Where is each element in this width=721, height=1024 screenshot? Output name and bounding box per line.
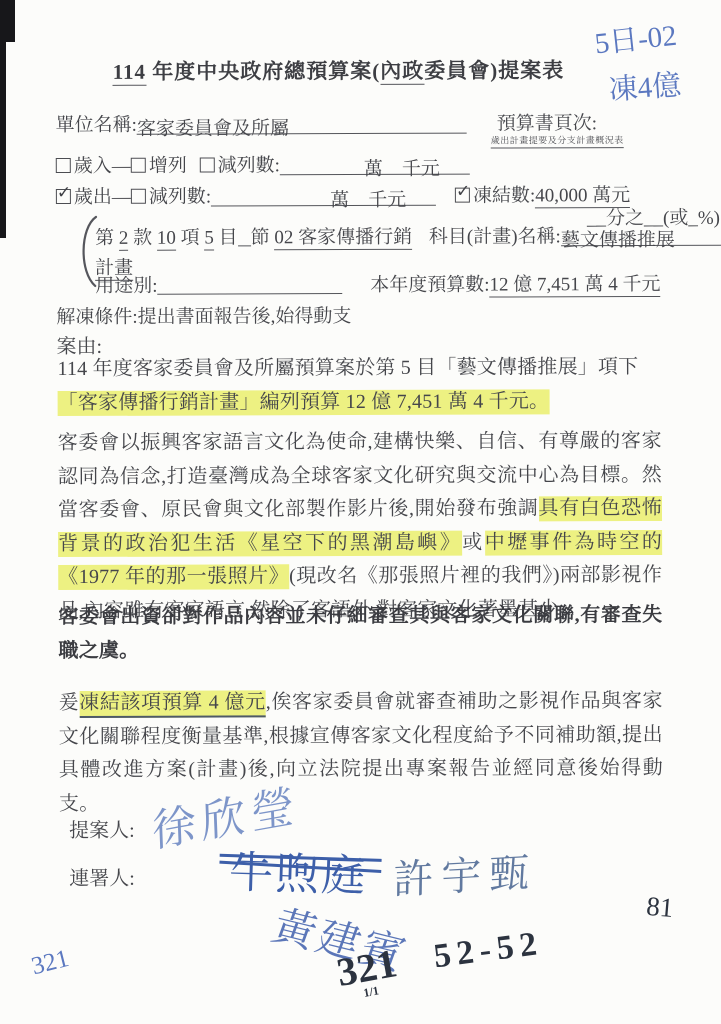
title-year: 114 bbox=[113, 60, 146, 86]
checkbox-decrease-unchecked bbox=[200, 158, 215, 173]
dash: — bbox=[112, 187, 131, 208]
case-line1: 114 年度客家委員會及所屬預算案於第 5 目「藝文傳播推展」項下 bbox=[57, 356, 638, 380]
title-committee: 內政 bbox=[380, 59, 424, 85]
item-kuan-number: 2 bbox=[119, 228, 129, 251]
annual-budget-value: 12 億 7,451 萬 4 千元 bbox=[489, 274, 660, 298]
checkbox-expense-decrease-unchecked bbox=[131, 189, 146, 204]
handwritten-bottom-right-numbers: 52-52 bbox=[432, 925, 545, 976]
document-content: 5日-02 凍4億 114 年度中央政府總預算案(內政委員會)提案表 單位名稱:… bbox=[0, 0, 721, 1024]
dash: — bbox=[112, 156, 131, 177]
item-chieh-blank bbox=[238, 228, 251, 246]
item-hsiang-number: 10 bbox=[157, 228, 176, 251]
p3-highlight-freeze-amount: 凍結該項預算 4 億元 bbox=[79, 690, 265, 718]
unit-name-label: 單位名稱: bbox=[56, 115, 137, 136]
budget-book-page-note: 歲出計畫提要及分支計畫概況表 bbox=[491, 133, 624, 148]
paragraph-criticism-bold: 客委會出資卻對作品內容並未仔細審查其與客家文化關聯,有審查失職之虞。 bbox=[58, 599, 662, 668]
paragraph-freeze-resolution: 爰凍結該項預算 4 億元,俟客家委員會就審查補助之影視作品與客家文化關聯程度衡量… bbox=[59, 685, 663, 821]
handwritten-bottom-left-number: 321 bbox=[29, 945, 72, 981]
cosigner-label-text: 連署人: bbox=[69, 868, 135, 890]
item-seg3: 項 bbox=[176, 228, 205, 249]
usage-label: 用途別: bbox=[95, 276, 157, 297]
scanned-budget-proposal-document: 5日-02 凍4億 114 年度中央政府總預算案(內政委員會)提案表 單位名稱:… bbox=[0, 0, 721, 1024]
proposer-label: 提案人: bbox=[69, 814, 135, 843]
checkbox-increase-unchecked bbox=[131, 158, 146, 173]
unit-name-value: 客家委員會及所屬 bbox=[137, 118, 289, 140]
item-seg2: 款 bbox=[128, 228, 157, 249]
expense-label: 歲出 bbox=[74, 187, 112, 208]
usage-blank-field bbox=[157, 276, 342, 295]
expense-amount-field: 萬 千元 bbox=[211, 185, 436, 207]
annual-budget-label: 本年度預算數: bbox=[370, 275, 489, 296]
unfreeze-condition-row: 解凍條件:提出書面報告後,始得動支 bbox=[56, 301, 351, 329]
title-seg1: 年度中央政府總預算案( bbox=[146, 59, 380, 84]
item-seg1: 第 bbox=[95, 228, 119, 249]
unfreeze-label: 解凍條件: bbox=[56, 307, 137, 328]
revenue-amount-units: 萬 千元 bbox=[364, 159, 440, 180]
budget-book-page-label: 預算書頁次: bbox=[497, 113, 597, 134]
expense-decrease-label: 減列數: bbox=[149, 187, 211, 208]
usage-budget-row: 用途別: 本年度預算數:12 億 7,451 萬 4 千元 bbox=[95, 269, 660, 298]
checkbox-revenue-unchecked bbox=[56, 158, 71, 173]
unfreeze-value: 提出書面報告後,始得動支 bbox=[138, 306, 352, 328]
signature-cosigner-1-struck: 牛煦庭 bbox=[228, 836, 368, 904]
handwritten-bottom-center-number: 321 1/1 bbox=[333, 939, 402, 1005]
p3-seg1: 爰 bbox=[59, 692, 80, 714]
cosigner-label: 連署人: bbox=[69, 862, 135, 891]
expense-row: 歲出—減列數:萬 千元 凍結數:40,000 萬元 bbox=[56, 180, 630, 209]
proposer-label-text: 提案人: bbox=[69, 820, 135, 842]
subject-label: 科目(計畫)名稱: bbox=[429, 226, 561, 247]
p2-text: 客委會出資卻對作品內容並未仔細審查其與客家文化關聯,有審查失職之虞。 bbox=[58, 604, 662, 662]
subject-value-field: 藝文傳播推展 bbox=[561, 225, 721, 247]
freeze-label: 凍結數: bbox=[473, 185, 535, 206]
subject-value: 藝文傳播推展 bbox=[561, 230, 675, 251]
unit-name-value-field: 客家委員會及所屬 bbox=[137, 113, 467, 135]
document-title: 114 年度中央政府總預算案(內政委員會)提案表 bbox=[0, 54, 679, 86]
decrease-label: 減列數: bbox=[218, 155, 280, 176]
item-mu-number: 5 bbox=[204, 228, 214, 251]
item-seg5: 節 bbox=[251, 227, 275, 248]
increase-label: 增列 bbox=[149, 156, 187, 177]
signature-cosigner-2: 許宇甄 bbox=[393, 841, 538, 906]
checkbox-expense-checked bbox=[56, 189, 71, 204]
revenue-amount-field: 萬 千元 bbox=[280, 154, 470, 176]
case-paragraph: 114 年度客家委員會及所屬預算案於第 5 目「藝文傳播推展」項下 「客家傳播行… bbox=[57, 351, 661, 420]
checkbox-freeze-checked bbox=[455, 188, 470, 203]
case-line2-highlighted: 「客家傳播行銷計畫」編列預算 12 億 7,451 萬 4 千元。 bbox=[58, 389, 550, 416]
signature-cosigner-1-text: 牛煦庭 bbox=[228, 836, 368, 904]
revenue-row: 歲入—增列 減列數:萬 千元 bbox=[56, 150, 470, 178]
item-plan-name: 02 客家傳播行銷 bbox=[274, 227, 412, 250]
revenue-label: 歲入 bbox=[74, 156, 112, 177]
expense-amount-units: 萬 千元 bbox=[330, 190, 406, 211]
budget-item-row: 第 2 款 10 項 5 目節 02 客家傳播行銷 科目(計畫)名稱:藝文傳播推… bbox=[95, 221, 721, 250]
item-seg4: 目 bbox=[214, 227, 238, 248]
p1-seg2: 或 bbox=[462, 531, 485, 553]
paragraph-background: 客委會以振興客家語言文化為使命,建構快樂、自信、有尊嚴的客家認同為信念,打造臺灣… bbox=[58, 425, 663, 629]
title-seg2: 委員會)提案表 bbox=[424, 58, 564, 82]
handwritten-page-number: 81 bbox=[645, 891, 674, 924]
